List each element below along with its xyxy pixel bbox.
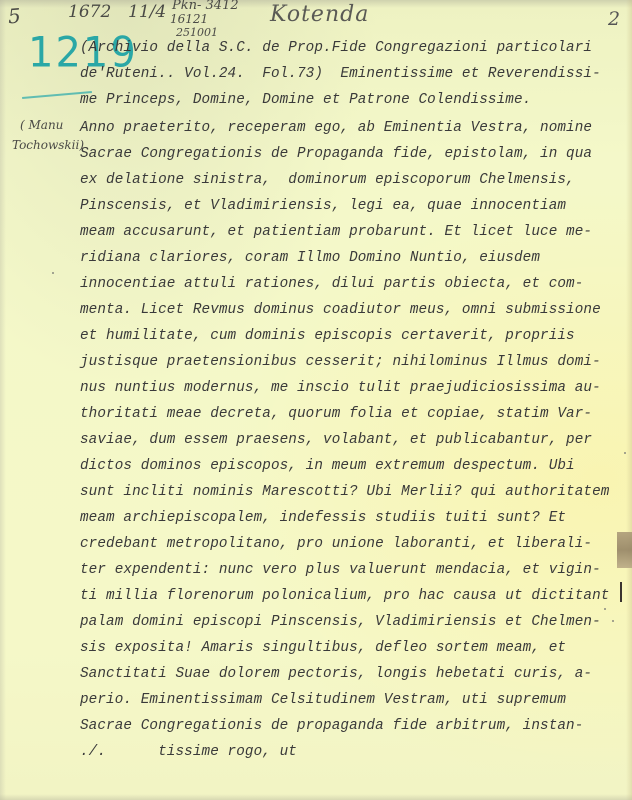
handwritten-ref-2: 251001 <box>176 26 218 39</box>
scan-artifact-bar <box>620 582 622 602</box>
text-line: ti millia florenorum polonicalium, pro h… <box>80 588 609 604</box>
text-line: menta. Licet Revmus dominus coadiutor me… <box>80 302 601 318</box>
text-line: ridiana clariores, coram Illmo Domino Nu… <box>80 250 540 266</box>
text-line: palam domini episcopi Pinscensis, Vladim… <box>80 614 601 630</box>
text-line: et humilitate, cum dominis episcopis cer… <box>80 328 575 344</box>
text-line: credebant metropolitano, pro unione labo… <box>80 536 592 552</box>
text-line: me Princeps, Domine, Domine et Patrone C… <box>80 92 531 108</box>
text-line: thoritati meae decreta, quorum folia et … <box>80 406 592 422</box>
handwritten-year-mark: 1672 <box>68 2 111 22</box>
text-line: dictos dominos episcopos, in meum extrem… <box>80 458 575 474</box>
text-line: ex delatione sinistra, dominorum episcop… <box>80 172 575 188</box>
text-line: Sanctitati Suae dolorem pectoris, longis… <box>80 666 592 682</box>
text-line: innocentiae attuli rationes, dilui parti… <box>80 276 583 292</box>
text-line: saviae, dum essem praesens, volabant, et… <box>80 432 592 448</box>
paper-speck <box>612 620 614 622</box>
text-line: justisque praetensionibus cesserit; nihi… <box>80 354 601 370</box>
paper-speck <box>52 272 54 274</box>
text-line: meam accusarunt, et patientiam probarunt… <box>80 224 592 240</box>
text-line: sunt incliti nominis Marescotti? Ubi Mer… <box>80 484 609 500</box>
handwritten-mark-top-left: 5 <box>7 4 21 29</box>
document-page: 5 1672 11/4 Pkn- 3412 16121 251001 Koten… <box>0 0 632 800</box>
paper-speck <box>604 608 606 610</box>
handwritten-ref-1: 16121 <box>170 12 208 26</box>
text-line: Anno praeterito, receperam ego, ab Emine… <box>80 120 592 136</box>
paper-speck <box>624 452 626 454</box>
margin-note-line-1: ( Manu <box>20 118 63 132</box>
handwritten-name-note: Kotenda <box>270 2 369 27</box>
page-edge-left <box>0 0 6 800</box>
page-number: 2 <box>608 8 620 30</box>
page-edge-bottom <box>0 794 632 800</box>
text-line: de'Ruteni.. Vol.24. Fol.73) Eminentissim… <box>80 66 601 82</box>
text-line: (Archivio della S.C. de Prop.Fide Congre… <box>80 40 592 56</box>
handwritten-fraction-mark: 11/4 <box>128 2 166 22</box>
text-line: sis exposita! Amaris singultibus, defleo… <box>80 640 566 656</box>
text-line: perio. Eminentissimam Celsitudinem Vestr… <box>80 692 566 708</box>
text-line: ter expendenti: nunc vero plus valuerunt… <box>80 562 601 578</box>
page-edge-right <box>626 0 632 800</box>
text-line: meam archiepiscopalem, indefessis studii… <box>80 510 566 526</box>
text-line: nus nuntius modernus, me inscio tulit pr… <box>80 380 601 396</box>
text-line: Pinscensis, et Vladimiriensis, legi ea, … <box>80 198 566 214</box>
text-line: Sacrae Congregationis de propaganda fide… <box>80 718 583 734</box>
margin-note-line-2: Tochowskii) <box>12 138 84 152</box>
text-line: Sacrae Congregationis de Propaganda fide… <box>80 146 592 162</box>
scan-artifact-block <box>617 532 632 568</box>
text-line: ./. tissime rogo, ut <box>80 744 297 760</box>
